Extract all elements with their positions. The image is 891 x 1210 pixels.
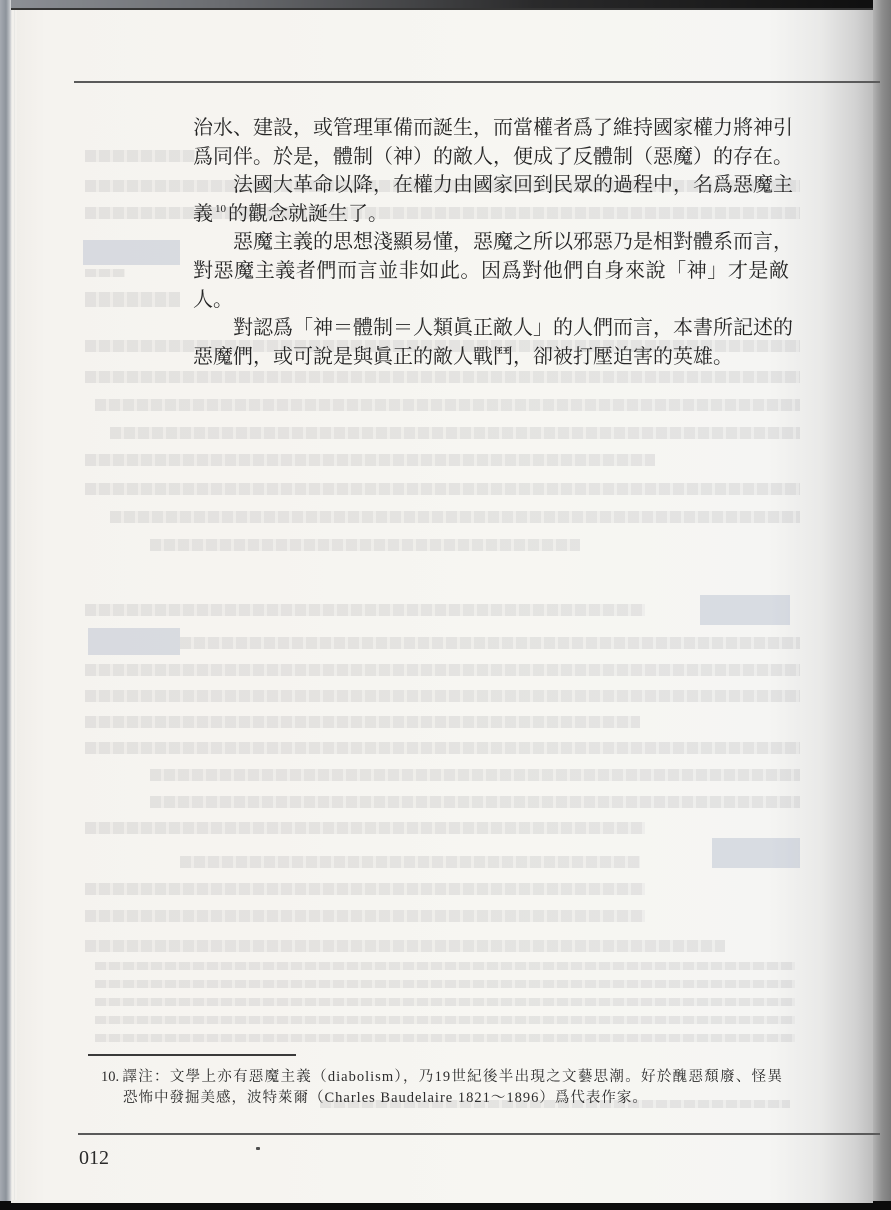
footnote-reference: 10	[215, 203, 226, 215]
page-stack-edges	[11, 10, 17, 1200]
body-line: 義10的觀念就誕生了。	[193, 200, 789, 229]
footnote-separator	[88, 1054, 296, 1056]
body-line: 治水、建設，或管理軍備而誕生，而當權者爲了維持國家權力將神引	[193, 114, 789, 143]
body-line: 對惡魔主義者們而言並非如此。因爲對他們自身來說「神」才是敵	[193, 257, 789, 286]
scan-speck	[256, 1147, 260, 1150]
footnote: 10.譯注：文學上亦有惡魔主義（diabolism），乃19世紀後半出現之文藝思…	[101, 1067, 783, 1109]
footnote-number: 10.	[101, 1069, 119, 1085]
body-line-paragraph-start: 法國大革命以降，在權力由國家回到民眾的過程中，名爲惡魔主	[193, 171, 789, 200]
body-line: 惡魔們，或可說是與眞正的敵人戰鬥，卻被打壓迫害的英雄。	[193, 343, 789, 372]
body-line: 爲同伴。於是，體制（神）的敵人，便成了反體制（惡魔）的存在。	[193, 143, 789, 172]
body-line-paragraph-start: 惡魔主義的思想淺顯易懂，惡魔之所以邪惡乃是相對體系而言，	[193, 228, 789, 257]
body-line-paragraph-start: 對認爲「神＝體制＝人類眞正敵人」的人們而言，本書所記述的	[193, 314, 789, 343]
footer-rule	[78, 1133, 880, 1135]
footnote-line: 10.譯注：文學上亦有惡魔主義（diabolism），乃19世紀後半出現之文藝思…	[101, 1067, 783, 1088]
body-text-fragment: 的觀念就誕生了。	[228, 203, 388, 225]
body-text: 治水、建設，或管理軍備而誕生，而當權者爲了維持國家權力將神引 爲同伴。於是，體制…	[193, 114, 789, 371]
footnote-text: 譯注：文學上亦有惡魔主義（diabolism），乃19世紀後半出現之文藝思潮。好…	[122, 1069, 783, 1085]
book-spine-shadow	[873, 0, 891, 1210]
body-line: 人。	[193, 286, 789, 315]
body-text-fragment: 義	[193, 203, 213, 225]
footnote-line: 恐怖中發掘美感，波特萊爾（Charles Baudelaire 1821～189…	[101, 1088, 783, 1109]
scan-border-left	[0, 0, 11, 1210]
header-rule	[74, 81, 880, 83]
page-number: 012	[79, 1147, 109, 1170]
